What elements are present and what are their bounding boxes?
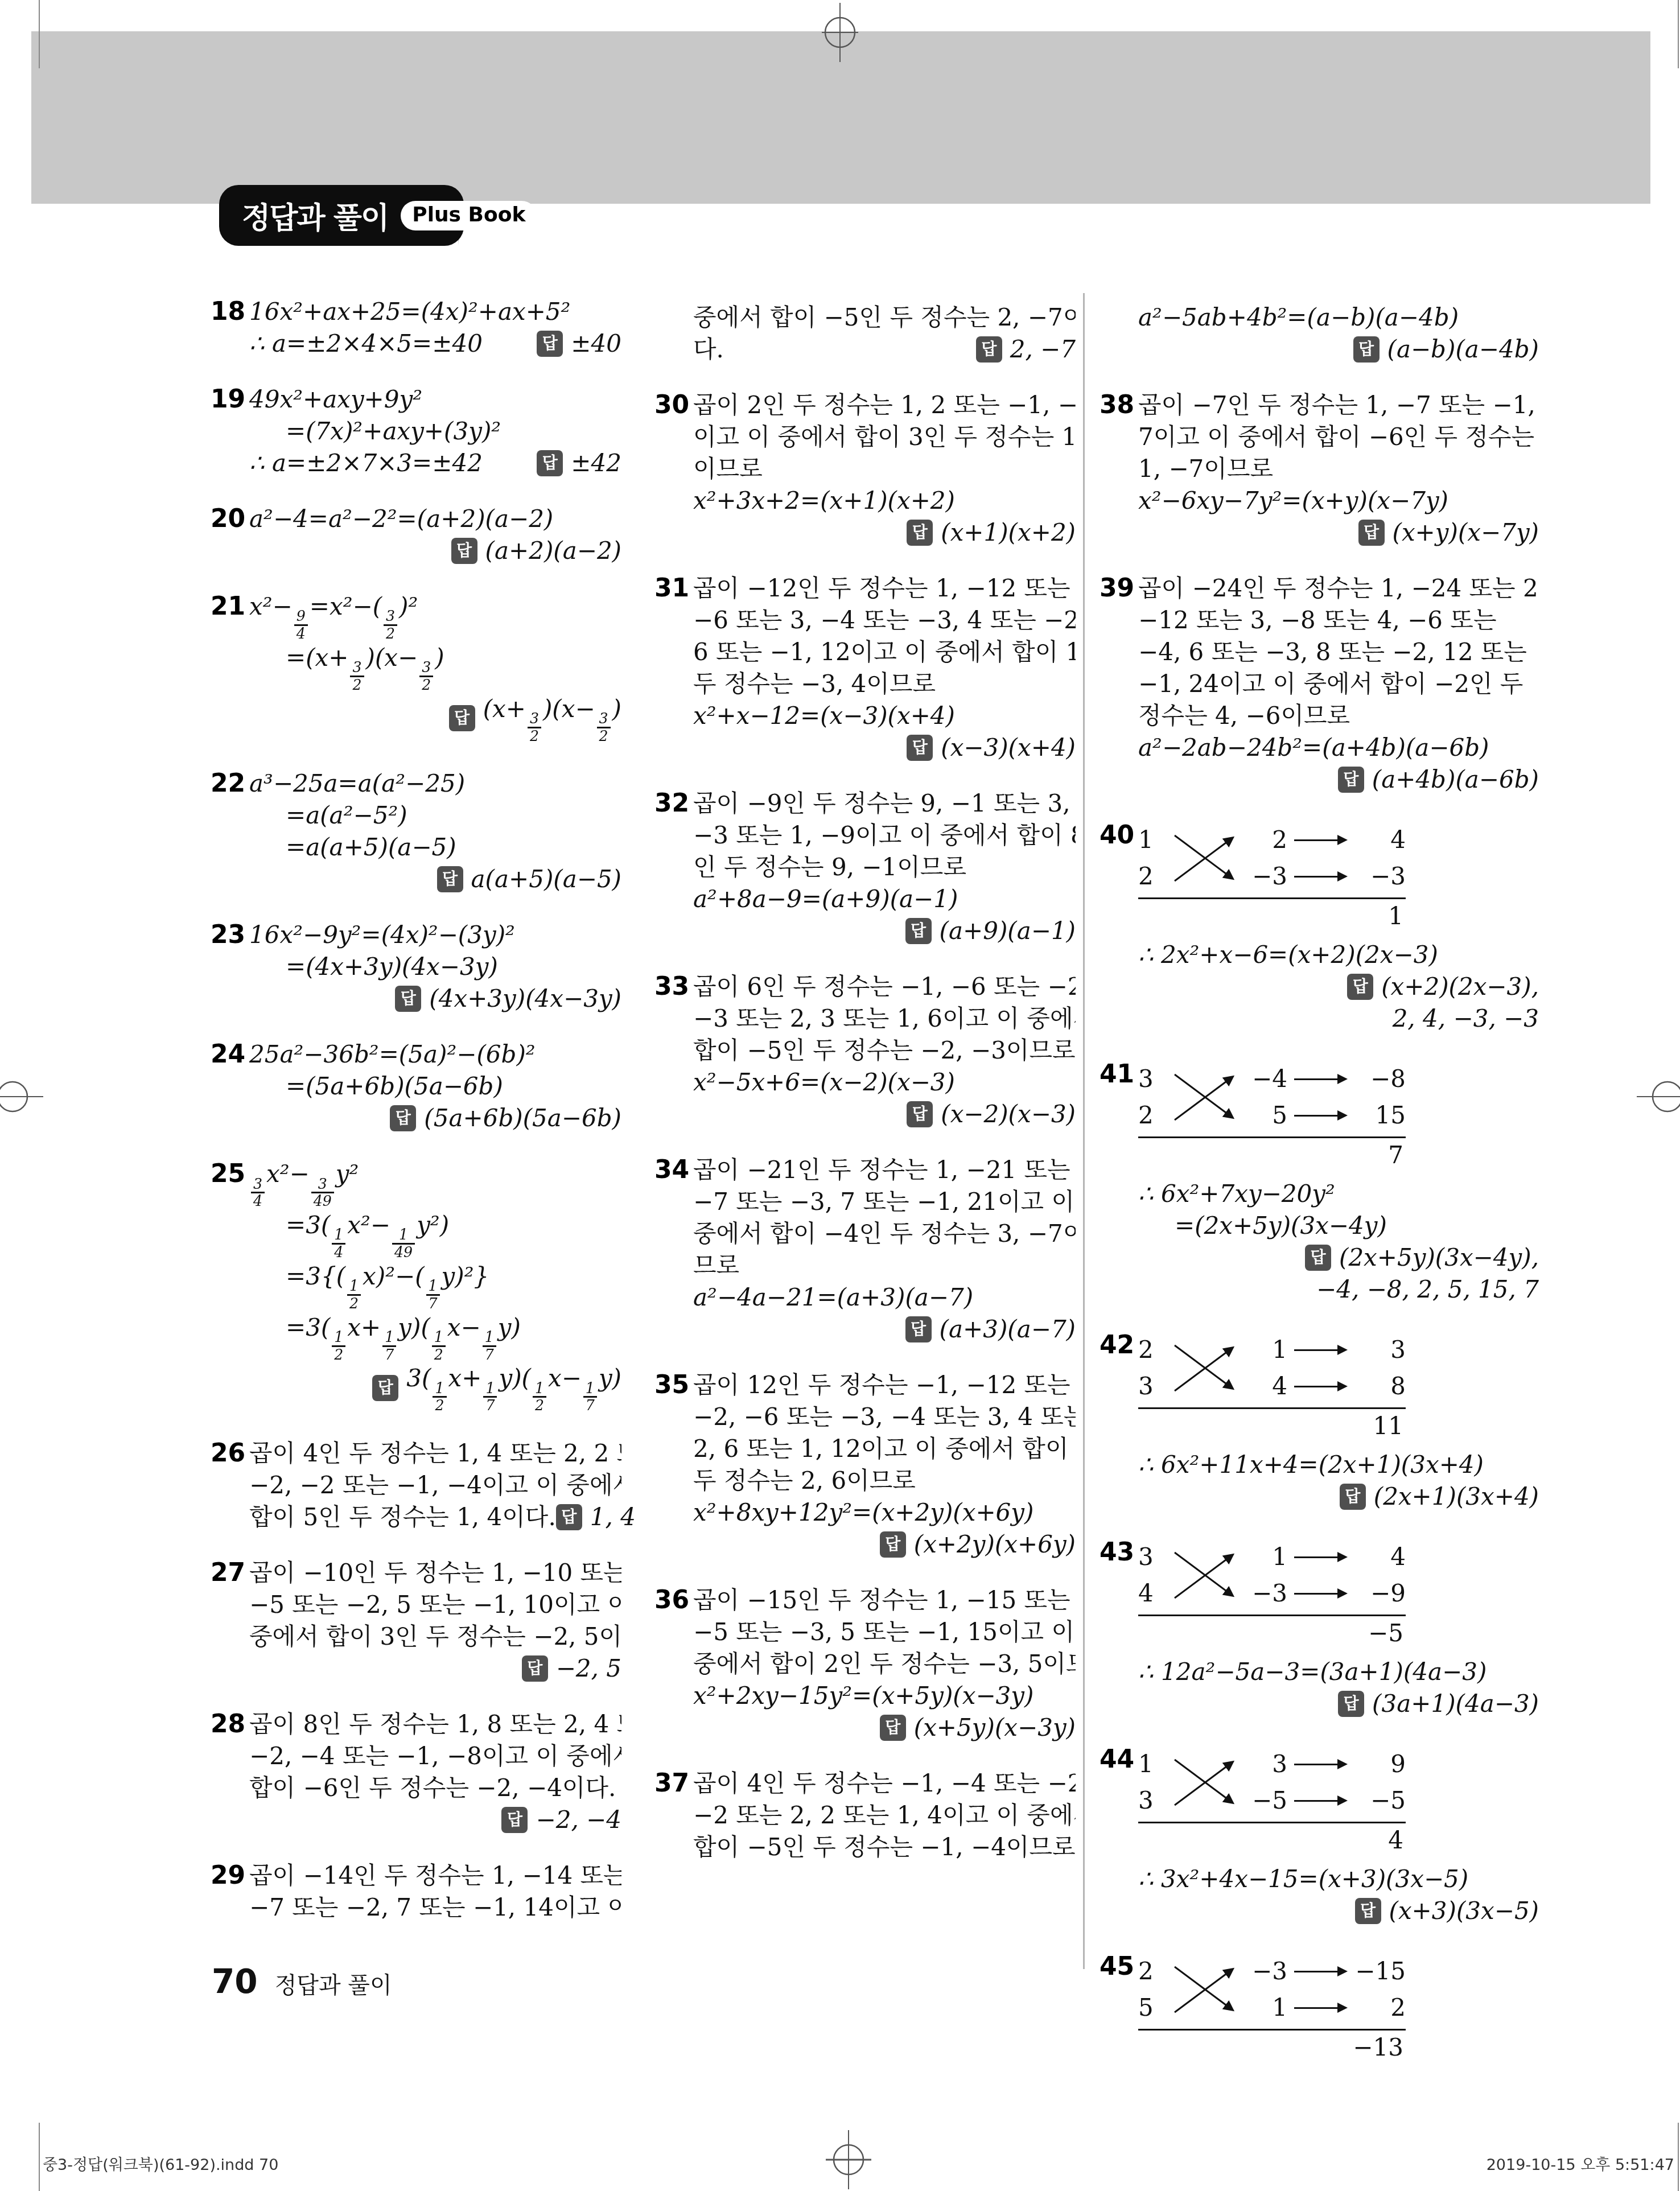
answer-value: (a+4b)(a−6b) <box>1372 764 1539 796</box>
problem-number <box>1100 302 1138 365</box>
solution-text: 합이 5인 두 정수는 1, 4이다. <box>249 1501 556 1533</box>
diagram-product-arrows <box>1287 1061 1353 1134</box>
diagram-value: 5 <box>1238 1097 1287 1134</box>
problem: a²−5ab+4b²=(a−b)(a−4b)답(a−b)(a−4b) <box>1100 302 1539 365</box>
diagram-value: 15 <box>1353 1097 1406 1134</box>
answer-book-page: 정답과 풀이 Plus Book 1816x²+ax+25=(4x)²+ax+5… <box>0 0 1680 2191</box>
solution-math: x²+2xy−15y²=(x+5y)(x−3y) <box>693 1680 1076 1712</box>
solution-text: ∴ a=±2×7×3=±42 <box>249 447 483 479</box>
solution-text: −1, 24이고 이 중에서 합이 −2인 두 <box>1138 668 1539 700</box>
fraction-denominator: 2 <box>597 728 611 744</box>
fraction-denominator: 4 <box>332 1245 345 1261</box>
diagram-products: 9−5 <box>1353 1746 1406 1819</box>
right-arrow-icon <box>1293 1368 1348 1405</box>
diagram-value: 1 <box>1138 822 1170 858</box>
diagram-value: 2 <box>1138 1332 1170 1368</box>
answer-value: (a+3)(a−7) <box>940 1313 1076 1345</box>
solution-text: −6 또는 3, −4 또는 −3, 4 또는 −2, <box>693 604 1076 636</box>
answer-value: −2, −4 <box>536 1804 621 1836</box>
solution-lines: 곱이 −21인 두 정수는 1, −21 또는 3,−7 또는 −3, 7 또는… <box>693 1154 1076 1345</box>
answer-value: ±40 <box>571 328 621 360</box>
fraction-numerator: 1 <box>332 1329 345 1347</box>
problem-number: 39 <box>1100 573 1138 796</box>
solution-text: 곱이 −15인 두 정수는 1, −15 또는 3, <box>693 1584 1076 1616</box>
right-arrow-icon <box>1293 822 1348 858</box>
problem-number <box>654 302 693 365</box>
diagram-value: −5 <box>1238 1782 1287 1819</box>
problem: 40122−34−31∴ 2x²+x−6=(x+2)(2x−3)답(x+2)(2… <box>1100 819 1539 1035</box>
solution-math: =(x+32)(x−32) <box>249 642 621 693</box>
solution-text: 합이 −6인 두 정수는 −2, −4이다. <box>249 1772 621 1804</box>
solution-text: 곱이 6인 두 정수는 −1, −6 또는 −2, <box>693 971 1076 1003</box>
problem-number: 44 <box>1100 1744 1138 1927</box>
solution-text: 곱이 −14인 두 정수는 1, −14 또는 2, <box>249 1860 621 1892</box>
diagram-left-factors: 32 <box>1138 1061 1170 1134</box>
fraction-denominator: 7 <box>483 1398 497 1414</box>
fraction-numerator: 1 <box>483 1329 496 1347</box>
problem-number: 34 <box>654 1154 693 1345</box>
fraction-numerator: 3 <box>528 711 541 728</box>
solution-text: 이고 이 중에서 합이 3인 두 정수는 1, 2 <box>693 421 1076 453</box>
solution-math: x²−5x+6=(x−2)(x−3) <box>693 1066 1076 1098</box>
answer-value: (2x+5y)(3x−4y), <box>1339 1242 1539 1274</box>
diagram-value: 5 <box>1138 1990 1170 2026</box>
answer-value: ±42 <box>571 447 621 479</box>
solution-lines: 곱이 −12인 두 정수는 1, −12 또는 2,−6 또는 3, −4 또는… <box>693 573 1076 764</box>
answer: 답1, 4 <box>556 1501 636 1533</box>
diagram-product-arrows <box>1287 1539 1353 1612</box>
problem: 28곱이 8인 두 정수는 1, 8 또는 2, 4 또는−2, −4 또는 −… <box>211 1708 621 1836</box>
answer-badge: 답 <box>1340 1484 1366 1510</box>
right-arrow-icon <box>1293 1097 1348 1134</box>
diagram-product-arrows <box>1287 822 1353 895</box>
problem: 30곱이 2인 두 정수는 1, 2 또는 −1, −2이고 이 중에서 합이 … <box>654 389 1076 549</box>
answer-value: −2, 5 <box>556 1653 621 1685</box>
solution-math: ∴ 2x²+x−6=(x+2)(2x−3) <box>1138 939 1539 971</box>
diagram-products: 4−9 <box>1353 1539 1406 1612</box>
fraction: 32 <box>528 711 541 744</box>
fraction-numerator: 1 <box>392 1227 415 1245</box>
registration-mark-top <box>812 3 868 62</box>
problem: 21x²−94=x²−(32)²=(x+32)(x−32)답(x+32)(x−3… <box>211 591 621 744</box>
solution-math: ∴ 12a²−5a−3=(3a+1)(4a−3) <box>1138 1656 1539 1688</box>
problem-number: 28 <box>211 1708 249 1836</box>
solution-text: 1, −7이므로 <box>1138 453 1539 485</box>
solution-math: x²+x−12=(x−3)(x+4) <box>693 700 1076 732</box>
diagram-value: 2 <box>1353 1990 1406 2026</box>
fraction-denominator: 49 <box>392 1245 415 1261</box>
problem-number: 21 <box>211 591 249 744</box>
footer-label: 정답과 풀이 <box>275 1967 392 2000</box>
diagram-value: 8 <box>1353 1368 1406 1405</box>
fraction: 12 <box>332 1329 345 1362</box>
fraction-numerator: 1 <box>432 1329 446 1347</box>
problem: 2316x²−9y²=(4x)²−(3y)²=(4x+3y)(4x−3y)답(4… <box>211 919 621 1015</box>
crop-mark <box>39 2123 40 2191</box>
fraction-numerator: 1 <box>426 1278 440 1296</box>
solution-text: 중에서 합이 −5인 두 정수는 2, −7이 <box>693 302 1076 333</box>
problem-number: 40 <box>1100 819 1138 1035</box>
answer-line: 답(x+3)(3x−5) <box>1138 1895 1539 1927</box>
imprint-filename: 중3-정답(워크북)(61-92).indd 70 <box>43 2152 278 2174</box>
fraction: 12 <box>432 1329 446 1362</box>
answer-line: 답(a+9)(a−1) <box>693 915 1076 947</box>
problem-number: 26 <box>211 1438 249 1533</box>
diagram-product-arrows <box>1287 1332 1353 1405</box>
solution-text: −5 또는 −2, 5 또는 −1, 10이고 이 <box>249 1589 621 1621</box>
answer: 답2, −7 <box>976 333 1076 365</box>
solution-lines: 23143811∴ 6x²+11x+4=(2x+1)(3x+4)답(2x+1)(… <box>1138 1329 1539 1513</box>
answer-badge: 답 <box>1305 1245 1331 1271</box>
answer-badge: 답 <box>437 866 463 892</box>
solution-math: a²−4=a²−2²=(a+2)(a−2) <box>249 503 621 535</box>
problem: 20a²−4=a²−2²=(a+2)(a−2)답(a+2)(a−2) <box>211 503 621 567</box>
fraction-numerator: 1 <box>433 1381 446 1398</box>
answer-line: 답(x−2)(x−3) <box>693 1098 1076 1130</box>
solution-math: =3{(12x)²−(17y)²} <box>249 1261 621 1312</box>
fraction-numerator: 3 <box>419 660 433 677</box>
answer-value: (x+y)(x−7y) <box>1393 517 1539 549</box>
answer-value: (a−b)(a−4b) <box>1387 333 1539 365</box>
problem: 29곱이 −14인 두 정수는 1, −14 또는 2,−7 또는 −2, 7 … <box>211 1860 621 1924</box>
answer-badge: 답 <box>1358 520 1385 546</box>
answer-value: (a+2)(a−2) <box>485 535 621 567</box>
answer-line: 답(x+2y)(x+6y) <box>693 1529 1076 1560</box>
solution-text: −7 또는 −3, 7 또는 −1, 21이고 이 <box>693 1186 1076 1218</box>
fraction: 12 <box>433 1381 446 1414</box>
answer-badge: 답 <box>905 918 932 944</box>
fraction-denominator: 7 <box>426 1296 440 1312</box>
fraction: 17 <box>583 1381 597 1414</box>
cross-multiplication-diagram: 32−45−8157 <box>1138 1061 1406 1172</box>
solution-text: −2, −2 또는 −1, −4이고 이 중에서 <box>249 1469 621 1501</box>
diagram-value: 1 <box>1238 1990 1287 2026</box>
answer-value: (x+1)(x+2) <box>941 517 1076 549</box>
problem: 2534x²−349y²=3(14x²−149y²)=3{(12x)²−(17y… <box>211 1158 621 1414</box>
cross-arrows-icon <box>1170 1746 1238 1819</box>
diagram-value: 3 <box>1238 1746 1287 1782</box>
solution-text: 중에서 합이 −4인 두 정수는 3, −7이 <box>693 1218 1076 1250</box>
fraction: 17 <box>382 1329 396 1362</box>
solution-lines: 곱이 −9인 두 정수는 9, −1 또는 3,−3 또는 1, −9이고 이 … <box>693 788 1076 947</box>
problem: 33곱이 6인 두 정수는 −1, −6 또는 −2,−3 또는 2, 3 또는… <box>654 971 1076 1130</box>
fraction-denominator: 2 <box>350 677 364 693</box>
solution-math: 49x²+axy+9y² <box>249 384 621 415</box>
right-arrow-icon <box>1293 1539 1348 1575</box>
solution-text: −3 또는 1, −9이고 이 중에서 합이 8 <box>693 819 1076 851</box>
diagram-value: −3 <box>1238 1575 1287 1612</box>
answer-badge: 답 <box>1338 1691 1364 1717</box>
diagram-sum: 7 <box>1138 1138 1406 1172</box>
solution-text: 곱이 4인 두 정수는 −1, −4 또는 −2, <box>693 1768 1076 1799</box>
fraction-denominator: 2 <box>433 1398 446 1414</box>
problem-number: 32 <box>654 788 693 947</box>
answer-line: 답(x+32)(x−32) <box>249 693 621 744</box>
solution-line-with-answer: 합이 5인 두 정수는 1, 4이다.답1, 4 <box>249 1501 621 1533</box>
problem-number: 42 <box>1100 1329 1138 1513</box>
problem-number: 31 <box>654 573 693 764</box>
registration-mark-right <box>1637 1068 1680 1125</box>
fraction-denominator: 2 <box>419 677 433 693</box>
problem: 22a³−25a=a(a²−25)=a(a²−5²)=a(a+5)(a−5)답a… <box>211 768 621 895</box>
fraction-numerator: 3 <box>597 711 611 728</box>
solution-text: 곱이 8인 두 정수는 1, 8 또는 2, 4 또는 <box>249 1708 621 1740</box>
cross-multiplication-diagram: 122−34−31 <box>1138 822 1406 933</box>
diagram-sum: −5 <box>1138 1616 1406 1650</box>
answer-value: (x+3)(3x−5) <box>1389 1895 1539 1927</box>
solution-math: x²+3x+2=(x+1)(x+2) <box>693 485 1076 517</box>
answer-line: 답(2x+5y)(3x−4y), <box>1138 1242 1539 1274</box>
solution-text: 곱이 −12인 두 정수는 1, −12 또는 2, <box>693 573 1076 604</box>
fraction: 14 <box>332 1227 345 1260</box>
fraction-denominator: 4 <box>251 1193 265 1209</box>
problem-number: 18 <box>211 296 249 360</box>
solution-text: 2, 6 또는 1, 12이고 이 중에서 합이 8인 <box>693 1433 1076 1465</box>
answer-badge: 답 <box>537 331 563 357</box>
plus-book-badge: Plus Book <box>401 201 537 230</box>
fraction-denominator: 4 <box>294 626 308 642</box>
answer-value: (a+9)(a−1) <box>940 915 1076 947</box>
fraction: 32 <box>419 660 433 693</box>
diagram-value: −3 <box>1238 858 1287 895</box>
solution-lines: 곱이 12인 두 정수는 −1, −12 또는−2, −6 또는 −3, −4 … <box>693 1369 1076 1560</box>
diagram-value: −15 <box>1353 1953 1406 1990</box>
problem-number: 20 <box>211 503 249 567</box>
answer-badge: 답 <box>880 1715 906 1741</box>
answer-badge: 답 <box>556 1504 582 1530</box>
fraction-numerator: 1 <box>483 1381 497 1398</box>
solution-text: 다. <box>693 333 724 365</box>
solution-text: 두 정수는 2, 6이므로 <box>693 1465 1076 1497</box>
solution-text: 곱이 2인 두 정수는 1, 2 또는 −1, −2 <box>693 389 1076 421</box>
fraction-denominator: 2 <box>432 1347 446 1363</box>
answer-continued: 2, 4, −3, −3 <box>1138 1003 1539 1035</box>
fraction-denominator: 2 <box>332 1347 345 1363</box>
answer-value: (x+2)(2x−3), <box>1381 971 1539 1003</box>
solutions-column-1: 1816x²+ax+25=(4x)²+ax+5²∴ a=±2×4×5=±40답±… <box>211 296 621 1947</box>
diagram-value: 1 <box>1238 1332 1287 1368</box>
problem: 1949x²+axy+9y²=(7x)²+axy+(3y)²∴ a=±2×7×3… <box>211 384 621 479</box>
solution-text: −3 또는 2, 3 또는 1, 6이고 이 중에서 <box>693 1003 1076 1035</box>
solution-text: −2 또는 2, 2 또는 1, 4이고 이 중에서 <box>693 1799 1076 1831</box>
diagram-sum: 4 <box>1138 1823 1406 1858</box>
problem: 2425a²−36b²=(5a)²−(6b)²=(5a+6b)(5a−6b)답(… <box>211 1039 621 1134</box>
diagram-value: 2 <box>1138 1953 1170 1990</box>
solution-text: −2, −6 또는 −3, −4 또는 3, 4 또는 <box>693 1401 1076 1433</box>
diagram-value: 4 <box>1353 1539 1406 1575</box>
fraction-denominator: 7 <box>382 1347 396 1363</box>
problem-number: 22 <box>211 768 249 895</box>
fraction-denominator: 2 <box>528 728 541 744</box>
solution-text: 곱이 −21인 두 정수는 1, −21 또는 3, <box>693 1154 1076 1186</box>
solution-text: 이므로 <box>693 453 1076 485</box>
diagram-value: 2 <box>1138 1097 1170 1134</box>
diagram-left-factors: 13 <box>1138 1746 1170 1819</box>
problem-number: 27 <box>211 1557 249 1685</box>
problem: 43341−34−9−5∴ 12a²−5a−3=(3a+1)(4a−3)답(3a… <box>1100 1537 1539 1720</box>
answer-line: 답−2, 5 <box>249 1653 621 1685</box>
answer-badge: 답 <box>1347 974 1373 1000</box>
solution-math: a³−25a=a(a²−25) <box>249 768 621 800</box>
answer-value: (x−3)(x+4) <box>941 732 1076 764</box>
right-arrow-icon <box>1293 1061 1348 1097</box>
solution-text: −2, −4 또는 −1, −8이고 이 중에서 <box>249 1740 621 1772</box>
crop-mark <box>1678 2123 1679 2191</box>
fraction: 34 <box>251 1176 265 1209</box>
problem: 4132−45−8157∴ 6x²+7xy−20y²=(2x+5y)(3x−4y… <box>1100 1059 1539 1305</box>
cross-multiplication-diagram: 133−59−54 <box>1138 1746 1406 1858</box>
fraction-numerator: 1 <box>382 1329 396 1347</box>
solution-text: −7 또는 −2, 7 또는 −1, 14이고 이 <box>249 1892 621 1924</box>
solution-lines: 중에서 합이 −5인 두 정수는 2, −7이다.답2, −7 <box>693 302 1076 365</box>
diagram-sum: 11 <box>1138 1409 1406 1443</box>
diagram-product-arrows <box>1287 1746 1353 1819</box>
diagram-value: 2 <box>1238 822 1287 858</box>
answer-line: 답(a+2)(a−2) <box>249 535 621 567</box>
fraction-numerator: 9 <box>294 608 308 626</box>
solution-lines: 25−31−152−13 <box>1138 1951 1539 2070</box>
problem-number: 35 <box>654 1369 693 1560</box>
answer-line: 답(a+4b)(a−6b) <box>1138 764 1539 796</box>
solution-math: 16x²−9y²=(4x)²−(3y)² <box>249 919 621 951</box>
solution-math: =(7x)²+axy+(3y)² <box>249 415 621 447</box>
solution-text: 곱이 −10인 두 정수는 1, −10 또는 2, <box>249 1557 621 1589</box>
solution-text: 므로 <box>693 1250 1076 1282</box>
answer-value: 3(12x+17y)(12x−17y) <box>406 1362 621 1414</box>
solution-lines: 곱이 6인 두 정수는 −1, −6 또는 −2,−3 또는 2, 3 또는 1… <box>693 971 1076 1130</box>
answer-badge: 답 <box>907 1101 933 1127</box>
diagram-value: −3 <box>1238 1953 1287 1990</box>
problem-number: 36 <box>654 1584 693 1744</box>
answer: 답±42 <box>537 447 621 479</box>
fraction-numerator: 1 <box>347 1278 361 1296</box>
solution-text: 정수는 4, −6이므로 <box>1138 700 1539 732</box>
problem-number: 25 <box>211 1158 249 1414</box>
fraction: 32 <box>350 660 364 693</box>
diagram-value: 4 <box>1138 1575 1170 1612</box>
problem-number: 24 <box>211 1039 249 1134</box>
fraction-denominator: 2 <box>347 1296 361 1312</box>
diagram-left-factors: 23 <box>1138 1332 1170 1405</box>
diagram-grid: 231438 <box>1138 1332 1406 1405</box>
registration-mark-bottom <box>820 2130 877 2189</box>
page-number: 70 <box>212 1962 258 2001</box>
diagram-left-factors: 12 <box>1138 822 1170 895</box>
problem-number: 38 <box>1100 389 1138 549</box>
cross-arrows-icon <box>1170 822 1238 895</box>
answer-line: 답(5a+6b)(5a−6b) <box>249 1102 621 1134</box>
answer-badge: 답 <box>907 520 933 546</box>
diagram-grid: 32−45−815 <box>1138 1061 1406 1134</box>
problem: 44133−59−54∴ 3x²+4x−15=(x+3)(3x−5)답(x+3)… <box>1100 1744 1539 1927</box>
solution-math: =3(14x²−149y²) <box>249 1209 621 1261</box>
solution-math: a²−5ab+4b²=(a−b)(a−4b) <box>1138 302 1539 333</box>
fraction: 12 <box>533 1381 546 1414</box>
answer: 답±40 <box>537 328 621 360</box>
diagram-sum: −13 <box>1138 2031 1406 2065</box>
diagram-grid: 122−34−3 <box>1138 822 1406 895</box>
diagram-value: −5 <box>1353 1782 1406 1819</box>
diagram-value: 1 <box>1238 1539 1287 1575</box>
fraction-denominator: 2 <box>384 626 397 642</box>
problem: 26곱이 4인 두 정수는 1, 4 또는 2, 2 또는−2, −2 또는 −… <box>211 1438 621 1533</box>
diagram-middle-factors: 1−3 <box>1238 1539 1287 1612</box>
answer-line: 답(x+1)(x+2) <box>693 517 1076 549</box>
solution-math: 25a²−36b²=(5a)²−(6b)² <box>249 1039 621 1070</box>
solution-lines: 곱이 −24인 두 정수는 1, −24 또는 2,−12 또는 3, −8 또… <box>1138 573 1539 796</box>
answer-badge: 답 <box>905 1316 932 1342</box>
problem-number: 37 <box>654 1768 693 1863</box>
solution-lines: 곱이 2인 두 정수는 1, 2 또는 −1, −2이고 이 중에서 합이 3인… <box>693 389 1076 549</box>
problem: 4223143811∴ 6x²+11x+4=(2x+1)(3x+4)답(2x+1… <box>1100 1329 1539 1513</box>
solution-text: 곱이 −24인 두 정수는 1, −24 또는 2, <box>1138 573 1539 604</box>
answer-value: (3a+1)(4a−3) <box>1372 1688 1539 1720</box>
diagram-value: 3 <box>1138 1539 1170 1575</box>
solution-lines: 곱이 4인 두 정수는 1, 4 또는 2, 2 또는−2, −2 또는 −1,… <box>249 1438 621 1533</box>
diagram-value: 4 <box>1238 1368 1287 1405</box>
diagram-value: 1 <box>1138 1746 1170 1782</box>
solution-text: 곱이 12인 두 정수는 −1, −12 또는 <box>693 1369 1076 1401</box>
problem: 37곱이 4인 두 정수는 −1, −4 또는 −2,−2 또는 2, 2 또는… <box>654 1768 1076 1863</box>
diagram-value: −3 <box>1353 858 1406 895</box>
header-tab: 정답과 풀이 Plus Book <box>219 185 464 246</box>
right-arrow-icon <box>1293 1953 1348 1990</box>
solution-text: 7이고 이 중에서 합이 −6인 두 정수는 <box>1138 421 1539 453</box>
answer-value: (2x+1)(3x+4) <box>1374 1481 1539 1513</box>
fraction-numerator: 3 <box>384 608 397 626</box>
solution-text: 곱이 −7인 두 정수는 1, −7 또는 −1, <box>1138 389 1539 421</box>
fraction-numerator: 1 <box>533 1381 546 1398</box>
answer-badge: 답 <box>395 986 421 1012</box>
right-arrow-icon <box>1293 1332 1348 1368</box>
solution-lines: 곱이 −7인 두 정수는 1, −7 또는 −1,7이고 이 중에서 합이 −6… <box>1138 389 1539 549</box>
diagram-value: −4 <box>1238 1061 1287 1097</box>
answer-badge: 답 <box>372 1375 398 1401</box>
solution-text: −12 또는 3, −8 또는 4, −6 또는 <box>1138 604 1539 636</box>
solution-math: x²−94=x²−(32)² <box>249 591 621 642</box>
answer-line: 답3(12x+17y)(12x−17y) <box>249 1362 621 1414</box>
solutions-column-3: a²−5ab+4b²=(a−b)(a−4b)답(a−b)(a−4b)38곱이 −… <box>1100 302 1539 2094</box>
solution-text: 6 또는 −1, 12이고 이 중에서 합이 1인 <box>693 636 1076 668</box>
answer-badge: 답 <box>522 1655 548 1682</box>
answer-line: 답(4x+3y)(4x−3y) <box>249 983 621 1015</box>
crop-mark <box>39 0 40 68</box>
diagram-grid: 133−59−5 <box>1138 1746 1406 1819</box>
solution-math: ∴ 3x²+4x−15=(x+3)(3x−5) <box>1138 1863 1539 1895</box>
problem: 31곱이 −12인 두 정수는 1, −12 또는 2,−6 또는 3, −4 … <box>654 573 1076 764</box>
column-divider <box>1083 293 1085 1969</box>
problem-number: 33 <box>654 971 693 1130</box>
solution-text: −5 또는 −3, 5 또는 −1, 15이고 이 <box>693 1616 1076 1648</box>
fraction-denominator: 2 <box>533 1398 546 1414</box>
fraction-denominator: 7 <box>483 1347 496 1363</box>
problem: 36곱이 −15인 두 정수는 1, −15 또는 3,−5 또는 −3, 5 … <box>654 1584 1076 1744</box>
right-arrow-icon <box>1293 1575 1348 1612</box>
cross-arrows-icon <box>1170 1953 1238 2026</box>
solution-lines: a²−4=a²−2²=(a+2)(a−2)답(a+2)(a−2) <box>249 503 621 567</box>
answer-line: 답(a−b)(a−4b) <box>1138 333 1539 365</box>
solution-lines: 곱이 −10인 두 정수는 1, −10 또는 2,−5 또는 −2, 5 또는… <box>249 1557 621 1685</box>
solution-math: ∴ 6x²+7xy−20y² <box>1138 1178 1539 1210</box>
right-arrow-icon <box>1293 1990 1348 2026</box>
solution-math: =(4x+3y)(4x−3y) <box>249 951 621 983</box>
answer-line: 답−2, −4 <box>249 1804 621 1836</box>
problem: 34곱이 −21인 두 정수는 1, −21 또는 3,−7 또는 −3, 7 … <box>654 1154 1076 1345</box>
solution-math: 34x²−349y² <box>249 1158 621 1209</box>
solution-line-with-answer: 다.답2, −7 <box>693 333 1076 365</box>
solution-text: −4, 6 또는 −3, 8 또는 −2, 12 또는 <box>1138 636 1539 668</box>
diagram-products: 4−3 <box>1353 822 1406 895</box>
